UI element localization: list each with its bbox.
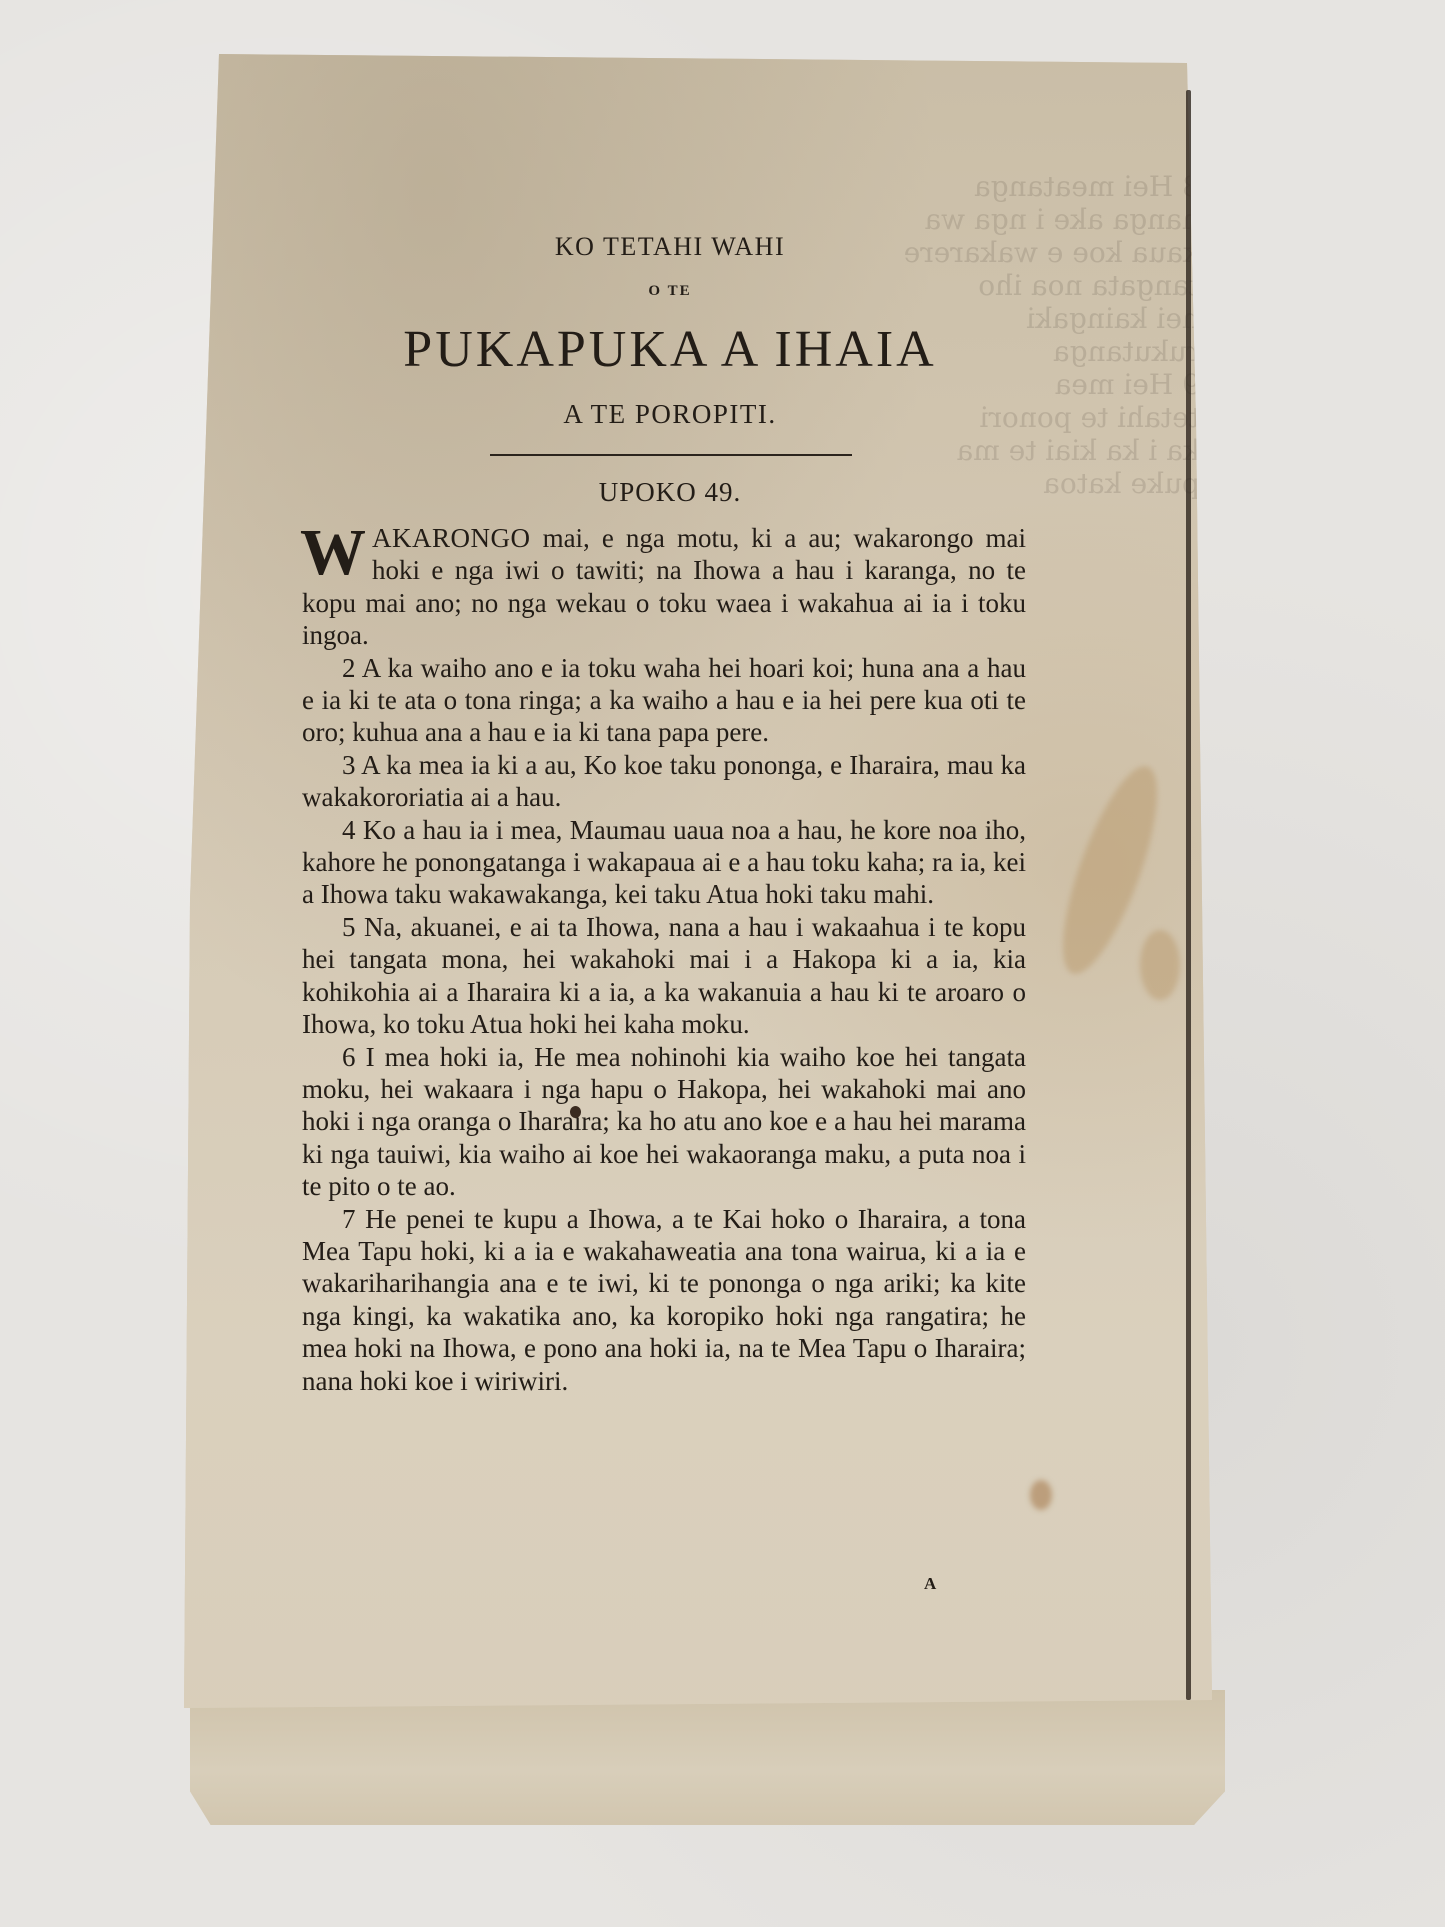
chapter-body: WAKARONGO mai, e nga motu, ki a au; waka… [302, 522, 1026, 1397]
heading-line-2: O TE [0, 283, 1340, 300]
water-stain [1140, 930, 1180, 1000]
signature-mark: A [924, 1574, 936, 1594]
verse-opening-caps: AKARONGO [372, 523, 531, 553]
verse-3: 3 A ka mea ia ki a au, Ko koe taku ponon… [302, 749, 1026, 814]
verse-4: 4 Ko a hau ia i mea, Maumau uaua noa a h… [302, 814, 1026, 911]
verse-number: 2 [342, 653, 356, 683]
verse-text: A ka mea ia ki a au, Ko koe taku pononga… [302, 750, 1026, 812]
heading-line-1: KO TETAHI WAHI [0, 232, 1340, 262]
verse-number: 5 [342, 912, 356, 942]
verse-number: 6 [342, 1042, 356, 1072]
title-divider [490, 454, 852, 456]
ink-spot [570, 1106, 581, 1118]
underlying-sheet [190, 1690, 1225, 1825]
verse-7: 7 He penei te kupu a Ihowa, a te Kai hok… [302, 1203, 1026, 1397]
verse-number: 4 [342, 815, 356, 845]
verse-text: He penei te kupu a Ihowa, a te Kai hoko … [302, 1204, 1026, 1396]
verse-2: 2 A ka waiho ano e ia toku waha hei hoar… [302, 652, 1026, 749]
verse-1: WAKARONGO mai, e nga motu, ki a au; waka… [302, 522, 1026, 652]
document-subtitle: A TE POROPITI. [0, 399, 1340, 430]
water-stain [1030, 1480, 1052, 1510]
document-page: 8 Hei meatanga hanga ake i nga wa kaua k… [0, 0, 1445, 1927]
verse-text: I mea hoki ia, He mea nohinohi kia waiho… [302, 1042, 1026, 1202]
verse-text: Ko a hau ia i mea, Maumau uaua noa a hau… [302, 815, 1026, 910]
verse-text: A ka waiho ano e ia toku waha hei hoari … [302, 653, 1026, 748]
verse-5: 5 Na, akuanei, e ai ta Ihowa, nana a hau… [302, 911, 1026, 1041]
verse-text: Na, akuanei, e ai ta Ihowa, nana a hau i… [302, 912, 1026, 1039]
document-title: PUKAPUKA A IHAIA [0, 320, 1340, 379]
verse-number: 3 [342, 750, 356, 780]
chapter-heading: UPOKO 49. [0, 477, 1340, 508]
page-edge-shadow [1186, 90, 1191, 1700]
drop-cap: W [300, 526, 366, 580]
verse-6: 6 I mea hoki ia, He mea nohinohi kia wai… [302, 1041, 1026, 1203]
verse-number: 7 [342, 1204, 356, 1234]
